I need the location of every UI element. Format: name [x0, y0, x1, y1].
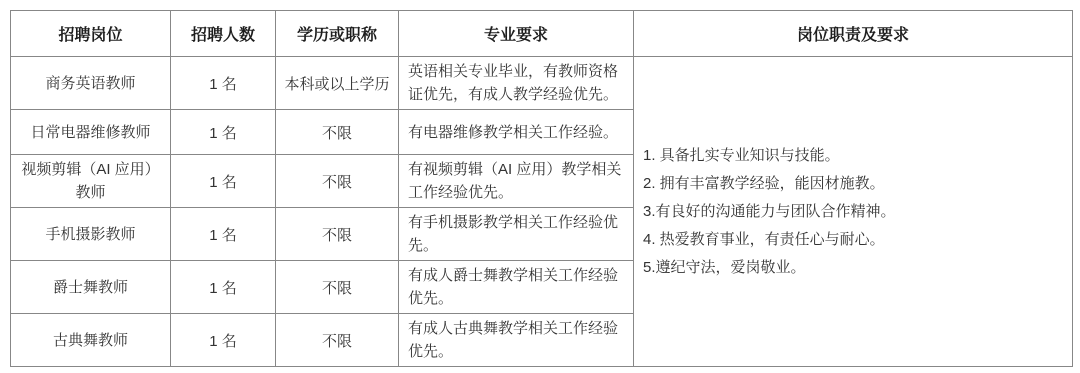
cell-position: 爵士舞教师 — [11, 261, 171, 314]
cell-headcount: 1 名 — [171, 261, 276, 314]
cell-education: 本科或以上学历 — [276, 57, 399, 110]
recruitment-notice-page: 招聘岗位 招聘人数 学历或职称 专业要求 岗位职责及要求 商务英语教师 1 名 … — [0, 0, 1080, 373]
cell-requirement: 有电器维修教学相关工作经验。 — [399, 110, 634, 155]
cell-headcount: 1 名 — [171, 314, 276, 367]
cell-position: 日常电器维修教师 — [11, 110, 171, 155]
cell-requirement: 有手机摄影教学相关工作经验优先。 — [399, 208, 634, 261]
header-education: 学历或职称 — [276, 11, 399, 57]
cell-headcount: 1 名 — [171, 208, 276, 261]
cell-education: 不限 — [276, 155, 399, 208]
duties-cell: 1. 具备扎实专业知识与技能。 2. 拥有丰富教学经验，能因材施教。 3.有良好… — [634, 57, 1073, 367]
header-major-requirement: 专业要求 — [399, 11, 634, 57]
cell-headcount: 1 名 — [171, 57, 276, 110]
cell-position: 视频剪辑（AI 应用） 教师 — [11, 155, 171, 208]
table-row: 商务英语教师 1 名 本科或以上学历 英语相关专业毕业，有教师资格证优先，有成人… — [11, 57, 1073, 110]
duty-item: 5.遵纪守法，爱岗敬业。 — [643, 254, 1062, 282]
header-duties: 岗位职责及要求 — [634, 11, 1073, 57]
cell-position: 手机摄影教师 — [11, 208, 171, 261]
cell-education: 不限 — [276, 261, 399, 314]
duty-item: 1. 具备扎实专业知识与技能。 — [643, 142, 1062, 170]
recruitment-table: 招聘岗位 招聘人数 学历或职称 专业要求 岗位职责及要求 商务英语教师 1 名 … — [10, 10, 1073, 367]
cell-requirement: 有成人爵士舞教学相关工作经验优先。 — [399, 261, 634, 314]
header-position: 招聘岗位 — [11, 11, 171, 57]
cell-requirement: 有视频剪辑（AI 应用）教学相关工作经验优先。 — [399, 155, 634, 208]
cell-headcount: 1 名 — [171, 155, 276, 208]
duty-item: 3.有良好的沟通能力与团队合作精神。 — [643, 198, 1062, 226]
header-row: 招聘岗位 招聘人数 学历或职称 专业要求 岗位职责及要求 — [11, 11, 1073, 57]
cell-education: 不限 — [276, 110, 399, 155]
cell-education: 不限 — [276, 314, 399, 367]
cell-headcount: 1 名 — [171, 110, 276, 155]
cell-requirement: 英语相关专业毕业，有教师资格证优先，有成人教学经验优先。 — [399, 57, 634, 110]
cell-position: 商务英语教师 — [11, 57, 171, 110]
cell-requirement: 有成人古典舞教学相关工作经验优先。 — [399, 314, 634, 367]
duty-item: 2. 拥有丰富教学经验，能因材施教。 — [643, 170, 1062, 198]
duty-item: 4. 热爱教育事业，有责任心与耐心。 — [643, 226, 1062, 254]
header-headcount: 招聘人数 — [171, 11, 276, 57]
cell-position: 古典舞教师 — [11, 314, 171, 367]
cell-education: 不限 — [276, 208, 399, 261]
